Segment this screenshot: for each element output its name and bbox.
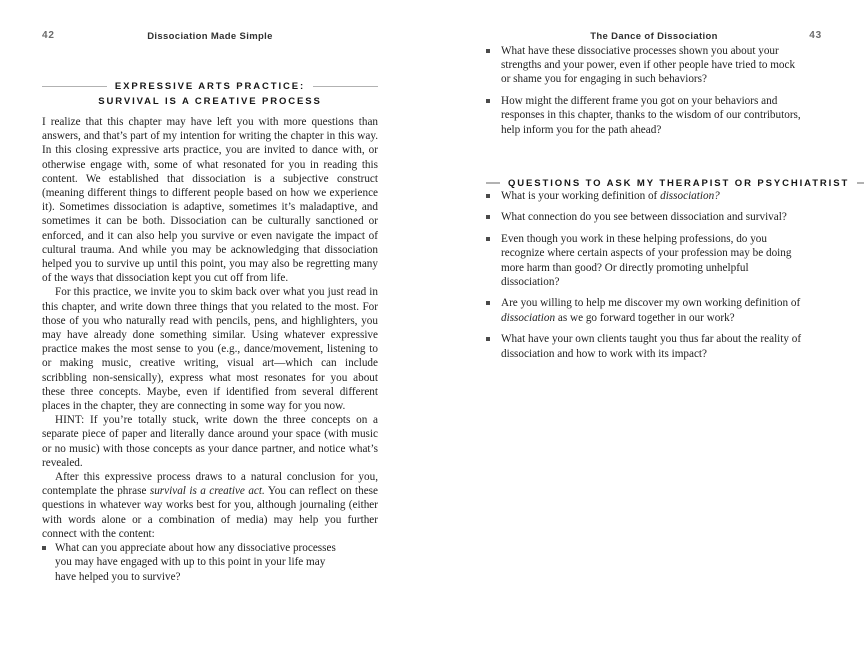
square-bullet-icon	[486, 337, 490, 341]
left-page-header: 42 Dissociation Made Simple	[42, 30, 378, 44]
square-bullet-icon	[486, 99, 490, 103]
heading-rule-right	[313, 86, 378, 88]
therapist-bullet-list: What is your working definition of disso…	[486, 189, 822, 361]
heading-row: QUESTIONS TO ASK MY THERAPIST OR PSYCHIA…	[486, 178, 822, 189]
right-running-head: The Dance of Dissociation	[486, 31, 822, 42]
square-bullet-icon	[486, 237, 490, 241]
left-running-head: Dissociation Made Simple	[42, 31, 378, 42]
left-page: 42 Dissociation Made Simple EXPRESSIVE A…	[42, 30, 378, 584]
list-item-text: What can you appreciate about how any di…	[55, 541, 347, 584]
list-item: How might the different frame you got on…	[486, 94, 822, 137]
square-bullet-icon	[486, 215, 490, 219]
list-item: What have these dissociative processes s…	[486, 44, 822, 87]
list-item-text: What is your working definition of disso…	[501, 189, 805, 203]
list-item-text: Are you willing to help me discover my o…	[501, 296, 805, 324]
list-item-text: What have your own clients taught you th…	[501, 332, 805, 360]
therapist-questions-heading: QUESTIONS TO ASK MY THERAPIST OR PSYCHIA…	[486, 178, 822, 189]
square-bullet-icon	[486, 49, 490, 53]
paragraph: I realize that this chapter may have lef…	[42, 115, 378, 285]
heading-rule-left	[42, 86, 107, 88]
paragraph: After this expressive process draws to a…	[42, 470, 378, 541]
list-item: Are you willing to help me discover my o…	[486, 296, 822, 324]
heading-text: QUESTIONS TO ASK MY THERAPIST OR PSYCHIA…	[508, 178, 849, 189]
square-bullet-icon	[42, 546, 46, 550]
list-item: What can you appreciate about how any di…	[42, 541, 378, 584]
list-item-text: How might the different frame you got on…	[501, 94, 805, 137]
list-item: What connection do you see between disso…	[486, 210, 822, 224]
paragraph: HINT: If you’re totally stuck, write dow…	[42, 413, 378, 470]
right-page-header: The Dance of Dissociation 43	[486, 30, 822, 44]
expressive-arts-heading: EXPRESSIVE ARTS PRACTICE: SURVIVAL IS A …	[42, 81, 378, 107]
right-top-bullet-list: What have these dissociative processes s…	[486, 44, 822, 137]
right-page: The Dance of Dissociation 43 What have t…	[486, 30, 822, 368]
square-bullet-icon	[486, 194, 490, 198]
heading-line1: EXPRESSIVE ARTS PRACTICE:	[115, 81, 305, 92]
list-item: Even though you work in these helping pr…	[486, 232, 822, 289]
left-body-text: I realize that this chapter may have lef…	[42, 115, 378, 541]
paragraph: For this practice, we invite you to skim…	[42, 285, 378, 413]
left-bullet-list: What can you appreciate about how any di…	[42, 541, 378, 584]
square-bullet-icon	[486, 301, 490, 305]
list-item-text: What connection do you see between disso…	[501, 210, 805, 224]
heading-dash-right	[857, 182, 864, 184]
right-page-number: 43	[809, 30, 822, 41]
list-item-text: What have these dissociative processes s…	[501, 44, 805, 87]
heading-line2: SURVIVAL IS A CREATIVE PROCESS	[42, 96, 378, 107]
list-item: What is your working definition of disso…	[486, 189, 822, 203]
list-item: What have your own clients taught you th…	[486, 332, 822, 360]
list-item-text: Even though you work in these helping pr…	[501, 232, 805, 289]
heading-dash-left	[486, 182, 500, 184]
heading-line1-row: EXPRESSIVE ARTS PRACTICE:	[42, 81, 378, 92]
